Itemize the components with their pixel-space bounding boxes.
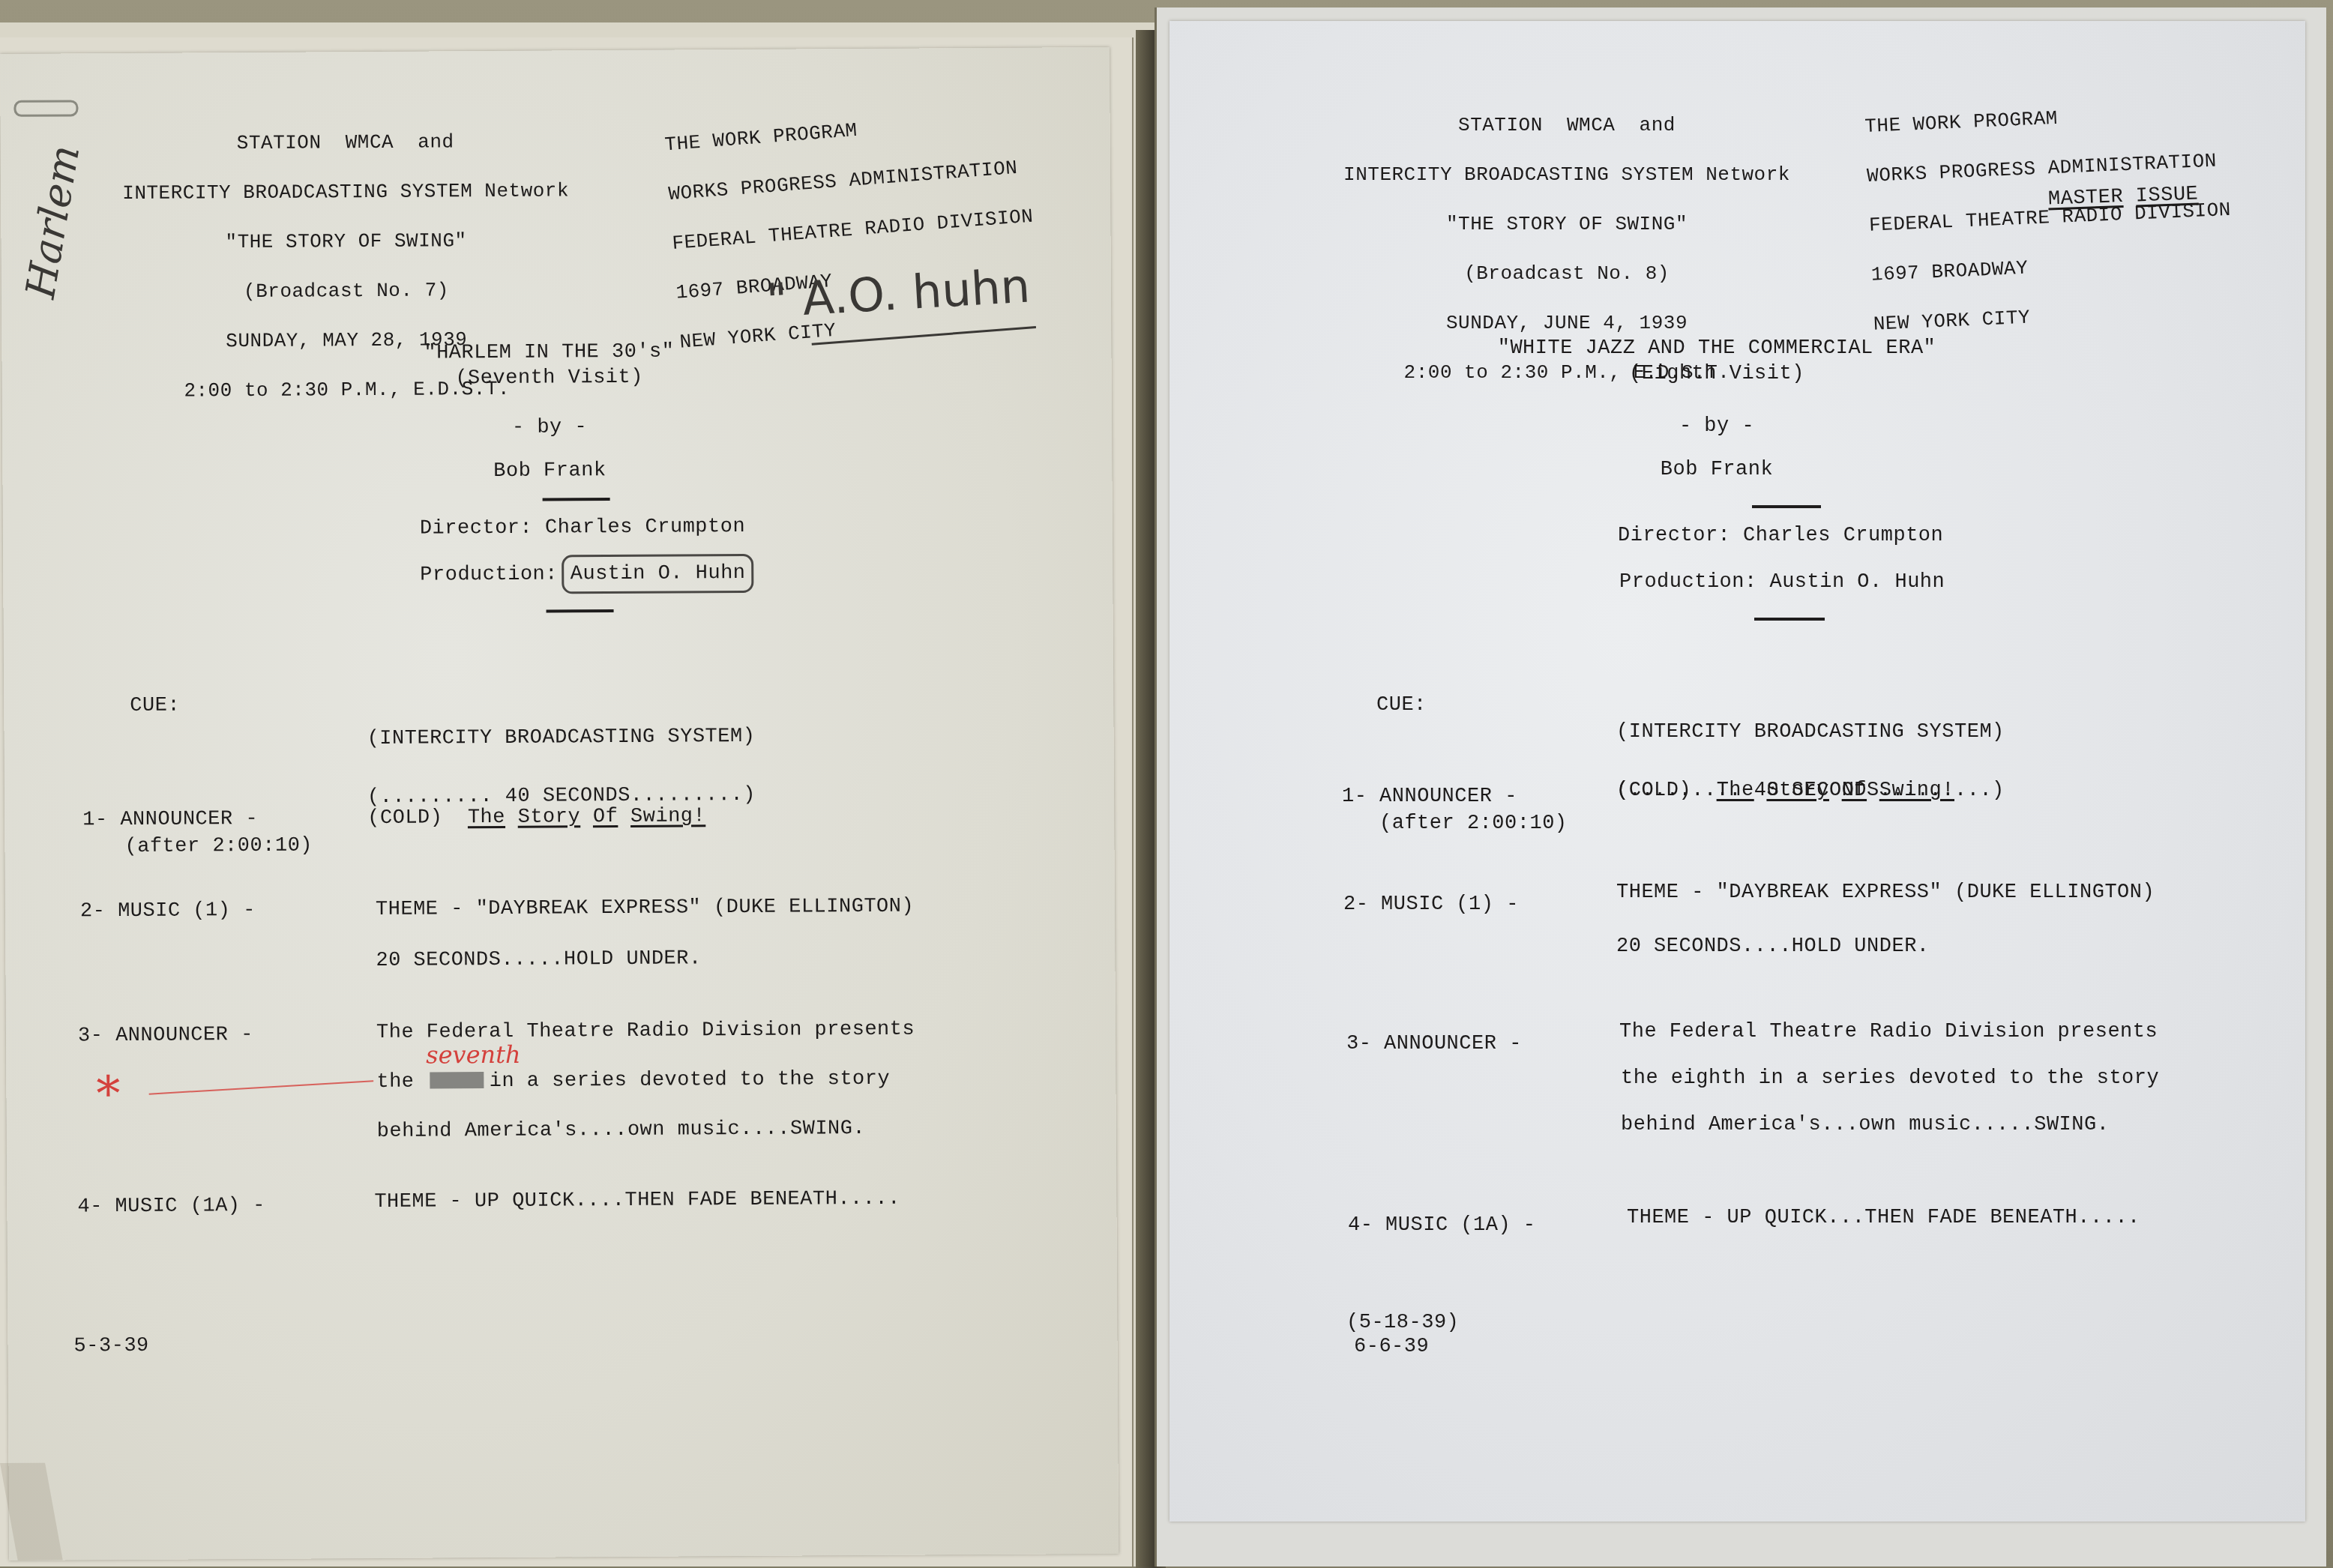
divider <box>547 609 614 613</box>
red-pointer-line <box>149 1080 374 1095</box>
item-1-label: 1- ANNOUNCER - <box>1342 787 1517 807</box>
divider <box>543 498 610 501</box>
director-credit: Director: Charles Crumpton <box>420 517 745 540</box>
episode-title: "HARLEM IN THE 30's" <box>406 342 691 364</box>
item-1-text: (COLD) The Story Of Swing! <box>1616 781 1954 801</box>
wpa-header: THE WORK PROGRAM WORKS PROGRESS ADMINIST… <box>1863 70 2237 366</box>
paperclip-icon <box>13 100 78 117</box>
margin-note-handwritten: Harlem <box>16 142 89 301</box>
header-line: NEW YORK CITY <box>1873 301 2236 333</box>
item-1-text: (COLD) The Story Of Swing! <box>367 806 705 829</box>
director-name: Charles Crumpton <box>1743 525 1943 547</box>
footer-date: 5-3-39 <box>73 1336 148 1357</box>
cue-label: CUE: <box>1376 696 1427 716</box>
red-correction: seventh <box>426 1040 521 1070</box>
header-line: "THE STORY OF SWING" <box>91 232 600 251</box>
item-3-line: behind America's...own music.....SWING. <box>1621 1115 2109 1136</box>
item-3-line: the eighth in a series devoted to the st… <box>1621 1069 2159 1089</box>
footer-date-revised: 6-6-39 <box>1354 1337 1429 1357</box>
item-2-label: 2- MUSIC (1) - <box>1343 895 1519 915</box>
header-line: WORKS PROGRESS ADMINISTRATION <box>668 159 1030 203</box>
header-line: (Broadcast No. 8) <box>1312 265 1822 282</box>
item-2-line: 20 SECONDS....HOLD UNDER. <box>1616 937 1930 957</box>
wpa-header: THE WORK PROGRAM WORKS PROGRESS ADMINIST… <box>661 76 1044 384</box>
left-script-page: Harlem STATION WMCA and INTERCITY BROADC… <box>0 47 1119 1561</box>
item-1-label: 1- ANNOUNCER - <box>82 809 258 830</box>
item-2-line: THEME - "DAYBREAK EXPRESS" (DUKE ELLINGT… <box>376 897 914 920</box>
production-credit: Production: Austin O. Huhn <box>420 564 745 586</box>
episode-subtitle: (Seventh Visit) <box>407 367 692 389</box>
item-3-label: 3- ANNOUNCER - <box>78 1025 253 1046</box>
production-name-boxed: Austin O. Huhn <box>571 562 746 585</box>
header-line: STATION WMCA and <box>91 133 600 152</box>
struck-word <box>430 1072 484 1088</box>
author-name: Bob Frank <box>1454 460 1979 480</box>
director-credit: Director: Charles Crumpton <box>1618 526 1943 546</box>
by-line: - by - <box>407 417 692 438</box>
footer-date-original: (5-18-39) <box>1346 1313 1459 1333</box>
header-line: THE WORK PROGRAM <box>1864 103 2227 135</box>
master-issue-stamp: MASTER ISSUE <box>2048 185 2199 211</box>
header-line: SUNDAY, JUNE 4, 1939 <box>1312 315 1822 331</box>
header-line: 1697 BROADWAY <box>1871 251 2234 283</box>
item-4-label: 4- MUSIC (1A) - <box>77 1196 265 1218</box>
header-line: FEDERAL THEATRE RADIO DIVISION <box>672 208 1034 252</box>
production-name: Austin O. Huhn <box>1769 571 1945 594</box>
by-line: - by - <box>1454 417 1979 437</box>
item-3-line: behind America's....own music....SWING. <box>377 1119 866 1142</box>
author-name: Bob Frank <box>407 460 692 482</box>
item-4-label: 4- MUSIC (1A) - <box>1348 1216 1536 1236</box>
item-1-sublabel: (after 2:00:10) <box>124 836 313 857</box>
asterisk-mark-icon: * <box>96 1067 120 1122</box>
header-line: "THE STORY OF SWING" <box>1312 216 1822 232</box>
item-2-line: 20 SECONDS.....HOLD UNDER. <box>376 949 701 971</box>
production-credit: Production: Austin O. Huhn <box>1619 573 1945 593</box>
episode-subtitle: (Eighth Visit) <box>1454 364 1979 385</box>
item-4-line: THEME - UP QUICK....THEN FADE BENEATH...… <box>374 1189 900 1213</box>
header-line: INTERCITY BROADCASTING SYSTEM Network <box>91 182 600 202</box>
episode-title: "WHITE JAZZ AND THE COMMERCIAL ERA" <box>1454 339 1979 359</box>
item-3-label: 3- ANNOUNCER - <box>1346 1034 1522 1055</box>
header-line: INTERCITY BROADCASTING SYSTEM Network <box>1312 166 1822 183</box>
right-script-page: STATION WMCA and INTERCITY BROADCASTING … <box>1169 21 2305 1522</box>
item-3-line: The Federal Theatre Radio Division prese… <box>376 1020 915 1043</box>
item-3-line: The Federal Theatre Radio Division prese… <box>1619 1022 2158 1043</box>
cue-block: (INTERCITY BROADCASTING SYSTEM) (.......… <box>1616 684 2005 839</box>
divider <box>1752 505 1821 508</box>
item-2-line: THEME - "DAYBREAK EXPRESS" (DUKE ELLINGT… <box>1616 883 2155 903</box>
item-4-line: THEME - UP QUICK...THEN FADE BENEATH....… <box>1627 1208 2140 1228</box>
header-line: STATION WMCA and <box>1312 117 1822 133</box>
header-line: WORKS PROGRESS ADMINISTRATION <box>1867 152 2230 184</box>
item-2-label: 2- MUSIC (1) - <box>80 901 256 922</box>
director-name: Charles Crumpton <box>545 516 745 540</box>
header-line: (Broadcast No. 7) <box>91 281 601 301</box>
cue-label: CUE: <box>130 696 180 717</box>
divider <box>1754 618 1825 621</box>
page-crease <box>0 1463 63 1561</box>
header-line: THE WORK PROGRAM <box>664 109 1026 154</box>
item-1-sublabel: (after 2:00:10) <box>1379 814 1568 834</box>
